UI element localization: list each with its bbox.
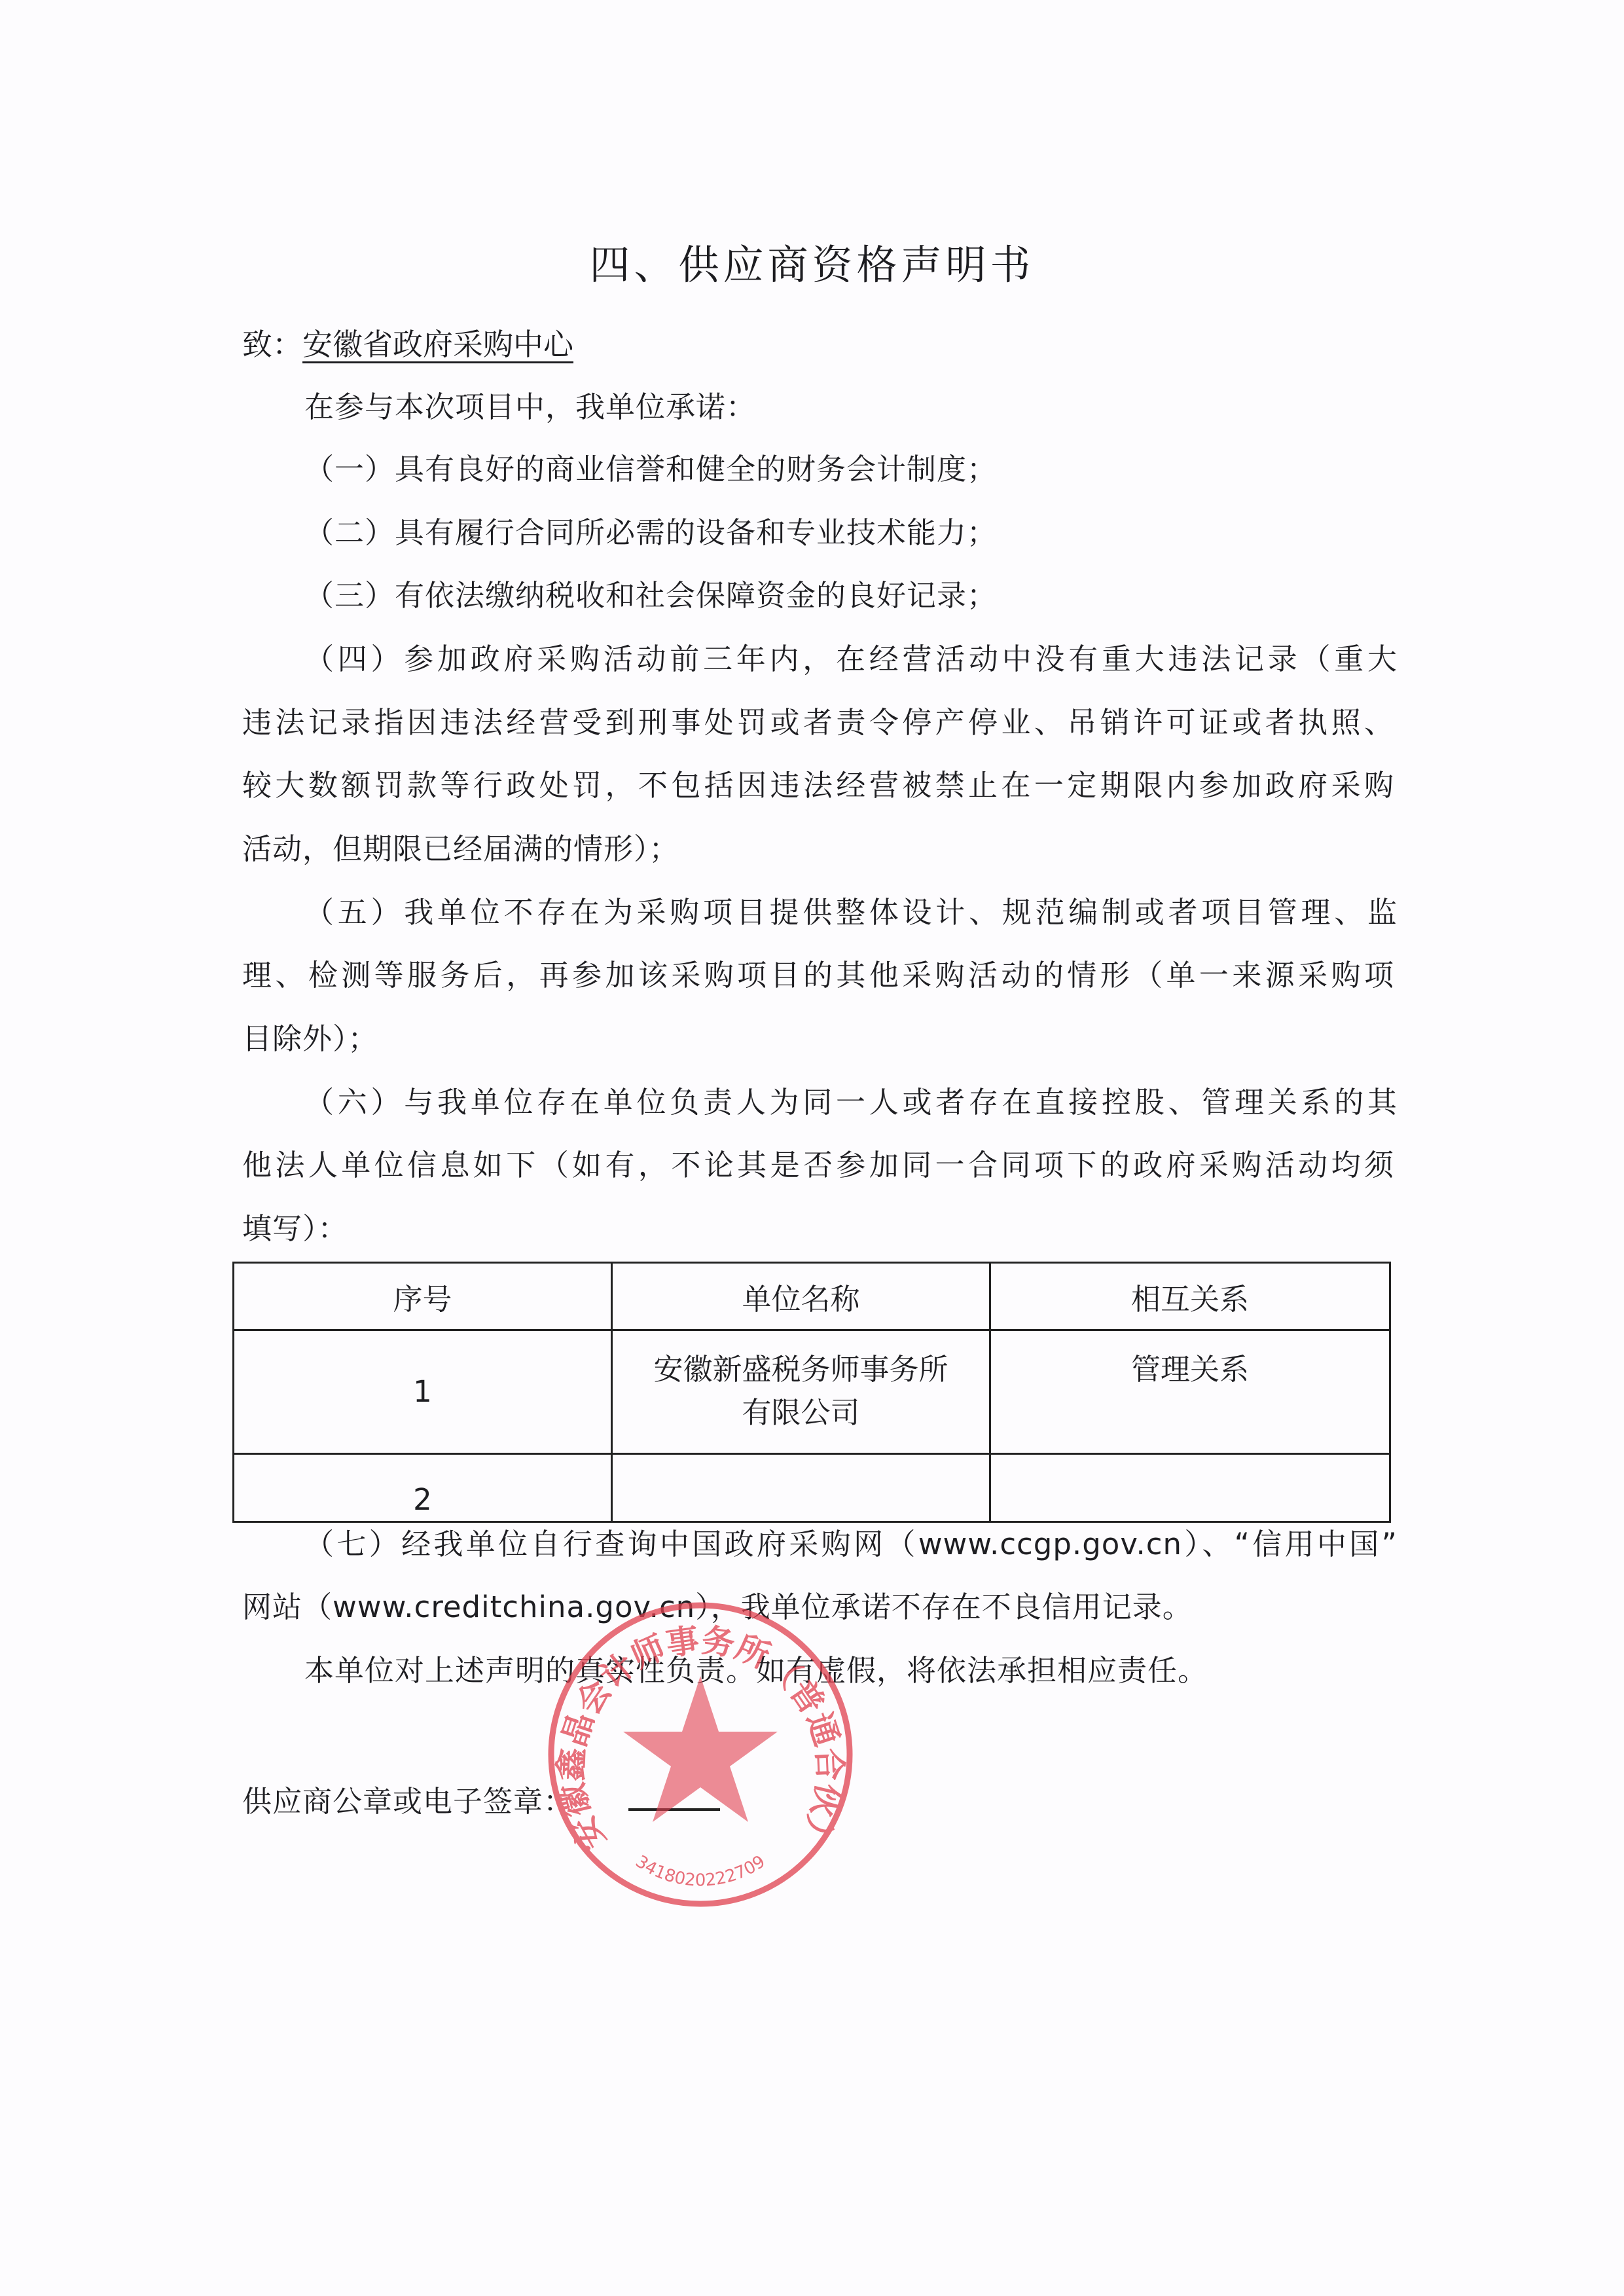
- cell-name: 安徽新盛税务师事务所 有限公司: [612, 1330, 990, 1454]
- signature-label: 供应商公章或电子签章：: [242, 1777, 573, 1820]
- header-name: 单位名称: [612, 1263, 990, 1330]
- item-7-line-1: （七）经我单位自行查询中国政府采购网（www.ccgp.gov.cn）、“信用中…: [304, 1520, 1398, 1563]
- table-row: 1 安徽新盛税务师事务所 有限公司 管理关系: [234, 1330, 1390, 1454]
- seal-number: 3418020222709: [632, 1851, 768, 1890]
- item-6-line-3: 填写）：: [242, 1205, 348, 1247]
- table-header-row: 序号 单位名称 相互关系: [234, 1263, 1390, 1330]
- cell-relation: 管理关系: [990, 1330, 1390, 1454]
- addressee-prefix: 致：: [242, 327, 302, 362]
- item-6-line-1: （六）与我单位存在单位负责人为同一人或者存在直接控股、管理关系的其: [304, 1078, 1398, 1121]
- cell-name-line-2: 有限公司: [619, 1391, 983, 1434]
- item-6-line-2: 他法人单位信息如下（如有，不论其是否参加同一合同项下的政府采购活动均须: [242, 1141, 1394, 1184]
- cell-no: 2: [234, 1454, 612, 1522]
- item-4-line-2: 违法记录指因违法经营受到刑事处罚或者责令停产停业、吊销许可证或者执照、: [242, 699, 1394, 741]
- intro-text: 在参与本次项目中，我单位承诺：: [304, 383, 756, 426]
- company-seal-icon: 安徽鑫晶会计师事务所（普通合伙） 3418020222709: [543, 1597, 857, 1912]
- item-5-line-3: 目除外）；: [242, 1015, 378, 1057]
- item-3: （三）有依法缴纳税收和社会保障资金的良好记录；: [304, 572, 997, 614]
- item-5-line-1: （五）我单位不存在为采购项目提供整体设计、规范编制或者项目管理、监: [304, 888, 1398, 931]
- cell-name-line-1: 安徽新盛税务师事务所: [619, 1348, 983, 1391]
- svg-text:3418020222709: 3418020222709: [632, 1851, 768, 1890]
- table-row: 2: [234, 1454, 1390, 1522]
- cell-name: [612, 1454, 990, 1522]
- item-5-line-2: 理、检测等服务后，再参加该采购项目的其他采购活动的情形（单一来源采购项: [242, 951, 1394, 994]
- page-title: 四、供应商资格声明书: [0, 232, 1624, 291]
- item-2: （二）具有履行合同所必需的设备和专业技术能力；: [304, 509, 997, 551]
- cell-no: 1: [234, 1330, 612, 1454]
- header-relation: 相互关系: [990, 1263, 1390, 1330]
- related-entities-table: 序号 单位名称 相互关系 1 安徽新盛税务师事务所 有限公司 管理关系 2: [232, 1262, 1391, 1523]
- cell-relation: [990, 1454, 1390, 1522]
- item-4-line-1: （四）参加政府采购活动前三年内，在经营活动中没有重大违法记录（重大: [304, 635, 1398, 678]
- item-4-line-4: 活动，但期限已经届满的情形）；: [242, 825, 679, 867]
- header-no: 序号: [234, 1263, 612, 1330]
- item-1: （一）具有良好的商业信誉和健全的财务会计制度；: [304, 445, 997, 488]
- addressee: 致：安徽省政府采购中心: [242, 321, 573, 364]
- addressee-name: 安徽省政府采购中心: [302, 327, 573, 362]
- item-4-line-3: 较大数额罚款等行政处罚，不包括因违法经营被禁止在一定期限内参加政府采购: [242, 761, 1394, 804]
